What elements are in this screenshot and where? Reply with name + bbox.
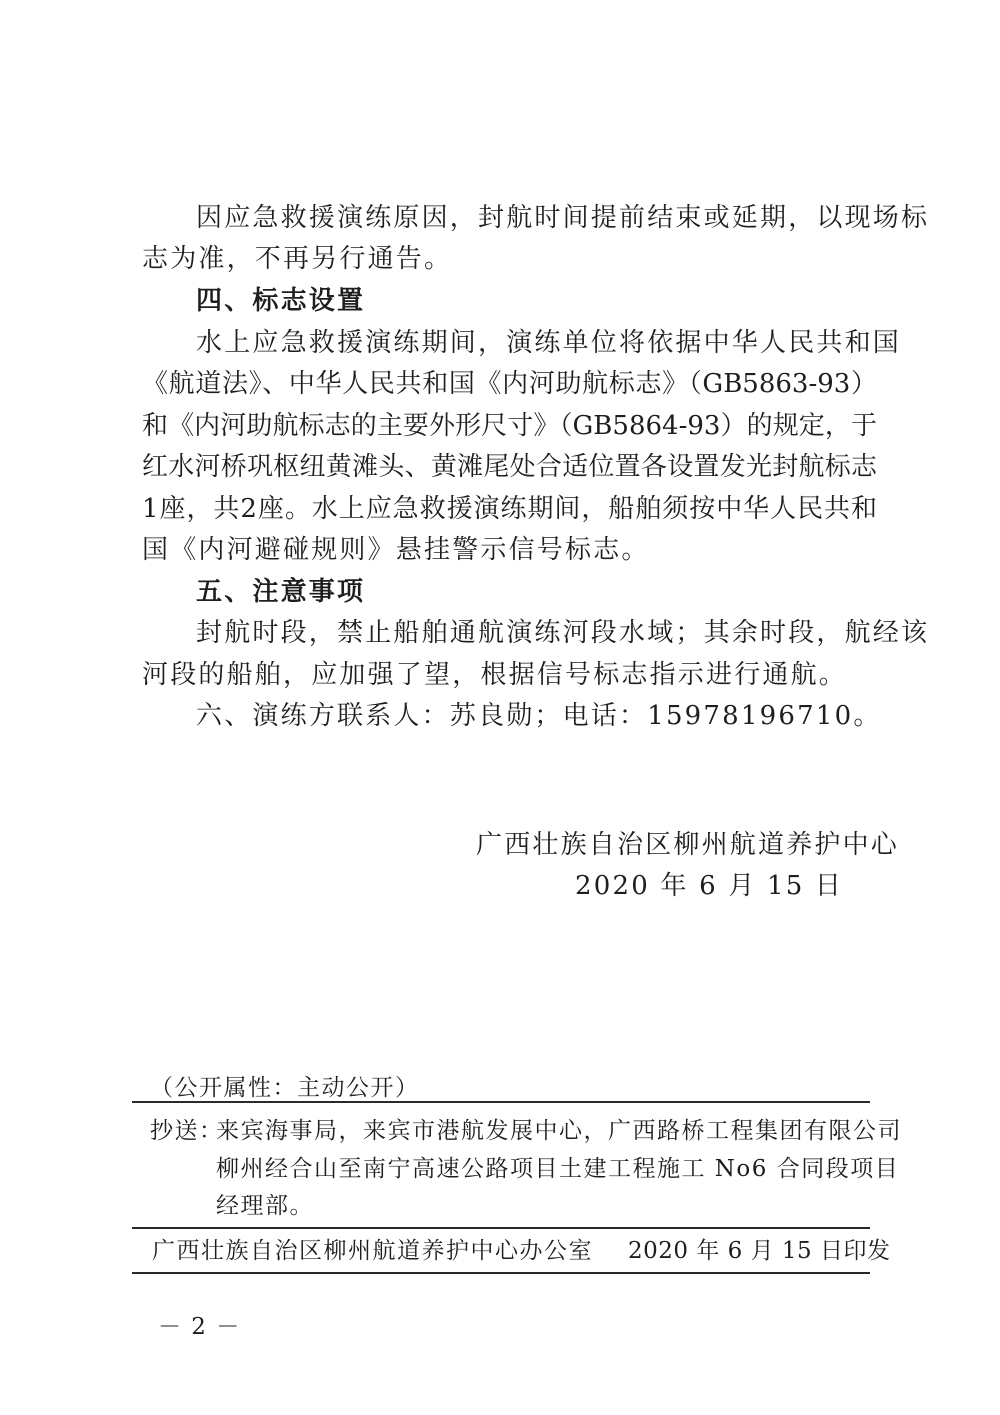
paragraph-line: 1座，共2座。水上应急救援演练期间，船舶须按中华人民共和 (142, 493, 877, 525)
issue-date: 2020 年 6 月 15 日印发 (628, 1235, 891, 1267)
issuing-office: 广西壮族自治区柳州航道养护中心办公室 (152, 1235, 593, 1267)
paragraph-line: 国《内河避碰规则》悬挂警示信号标志。 (142, 534, 650, 566)
page-number: － 2 － (158, 1311, 241, 1343)
paragraph-line: 红水河桥巩枢纽黄滩头、黄滩尾处合适位置各设置发光封航标志 (142, 451, 877, 483)
paragraph-line: 《航道法》、中华人民共和国《内河助航标志》（GB5863-93） (142, 368, 877, 400)
paragraph-line: 因应急救援演练原因，封航时间提前结束或延期，以现场标 (196, 202, 929, 234)
paragraph-line: 水上应急救援演练期间，演练单位将依据中华人民共和国 (196, 327, 901, 359)
paragraph-line: 封航时段，禁止船舶通航演练河段水域；其余时段，航经该 (196, 617, 929, 649)
paragraph-line: 志为准，不再另行通告。 (142, 243, 452, 275)
signature-organization: 广西壮族自治区柳州航道养护中心 (476, 829, 899, 861)
divider (132, 1101, 870, 1103)
disclosure-attribute: （公开属性：主动公开） (150, 1072, 420, 1104)
contact-line: 六、演练方联系人：苏良勋；电话：15978196710。 (196, 700, 882, 732)
cc-line: 来宾海事局，来宾市港航发展中心，广西路桥工程集团有限公司 (216, 1115, 902, 1147)
paragraph-line: 和《内河助航标志的主要外形尺寸》（GB5864-93）的规定，于 (142, 410, 877, 442)
section-heading-4: 四、标志设置 (196, 285, 365, 317)
divider (132, 1272, 870, 1274)
cc-line: 经理部。 (216, 1190, 314, 1222)
signature-date: 2020 年 6 月 15 日 (575, 870, 843, 902)
cc-label: 抄送： (150, 1115, 224, 1147)
section-heading-5: 五、注意事项 (196, 576, 365, 608)
paragraph-line: 河段的船舶，应加强了望，根据信号标志指示进行通航。 (142, 659, 847, 691)
divider (132, 1227, 870, 1229)
cc-line: 柳州经合山至南宁高速公路项目土建工程施工 No6 合同段项目 (216, 1153, 899, 1185)
